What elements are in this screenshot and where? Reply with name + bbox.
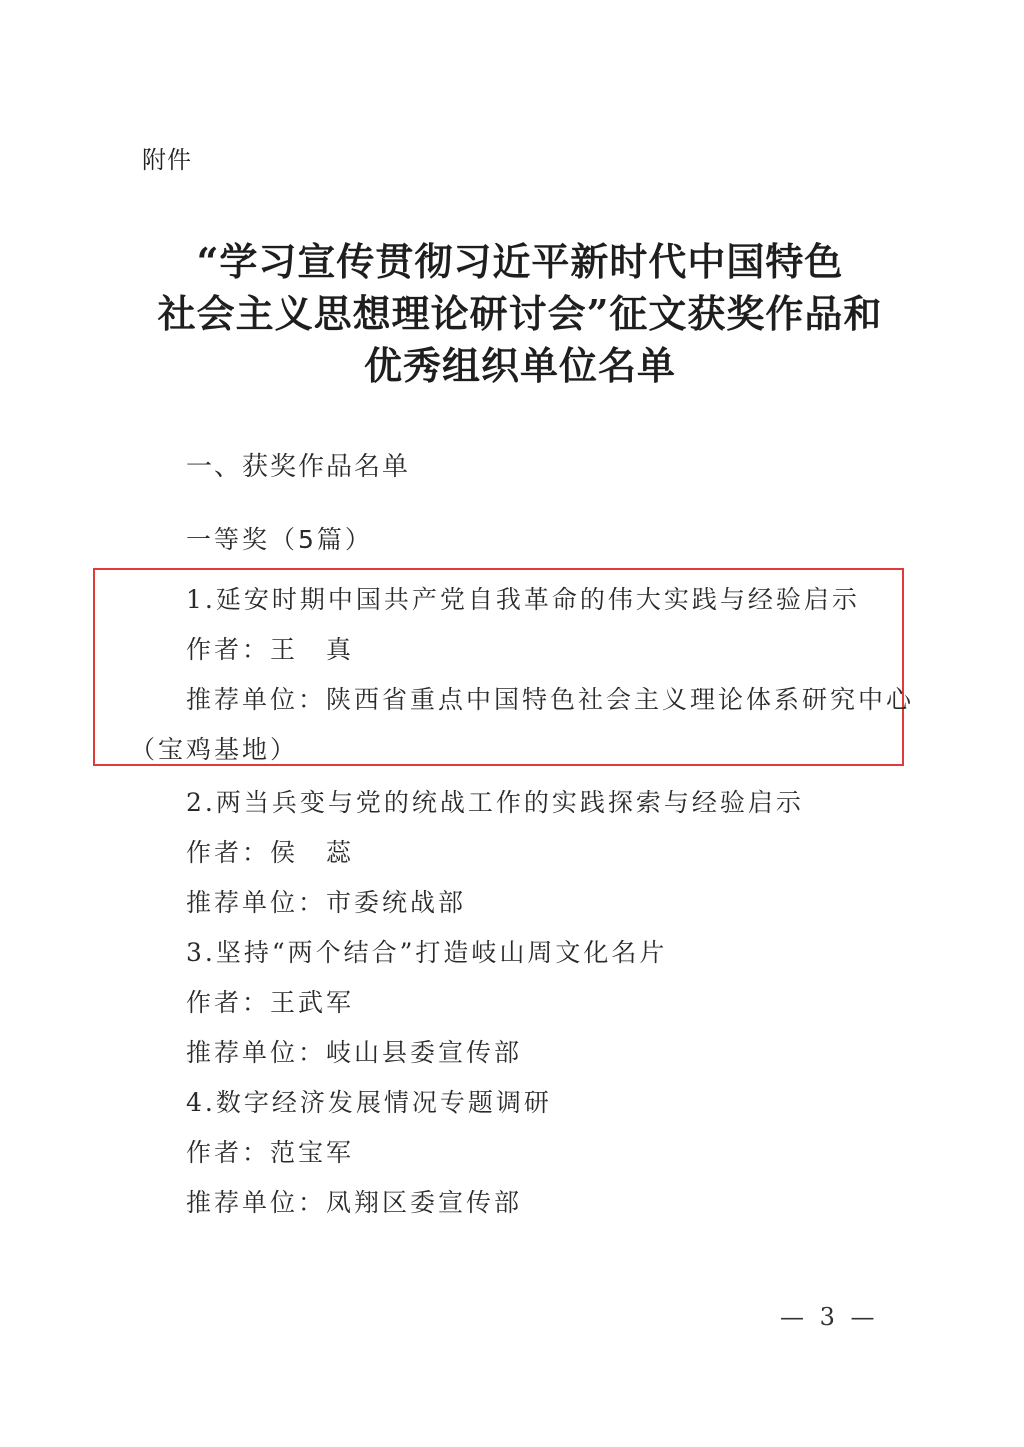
entry-3-unit: 推荐单位：岐山县委宣传部 (186, 1033, 522, 1069)
document-title: “学习宣传贯彻习近平新时代中国特色 社会主义思想理论研讨会”征文获奖作品和 优秀… (120, 236, 920, 392)
entry-1-unit-continued: （宝鸡基地） (130, 730, 298, 766)
title-line-3: 优秀组织单位名单 (120, 340, 920, 392)
entry-1-author: 作者：王 真 (186, 630, 354, 666)
document-page: 附件 “学习宣传贯彻习近平新时代中国特色 社会主义思想理论研讨会”征文获奖作品和… (0, 0, 1024, 1447)
page-number: — 3 — (780, 1303, 879, 1331)
entry-3-author: 作者：王武军 (186, 983, 354, 1019)
attachment-label: 附件 (142, 140, 192, 175)
title-line-2: 社会主义思想理论研讨会”征文获奖作品和 (120, 288, 920, 340)
entry-1-title: 1.延安时期中国共产党自我革命的伟大实践与经验启示 (186, 580, 860, 616)
section-heading: 一、获奖作品名单 (186, 446, 410, 483)
entry-3-title: 3.坚持“两个结合”打造岐山周文化名片 (186, 933, 667, 969)
entry-1-unit: 推荐单位：陕西省重点中国特色社会主义理论体系研究中心 (186, 680, 914, 716)
entry-2-unit: 推荐单位：市委统战部 (186, 883, 466, 919)
entry-4-title: 4.数字经济发展情况专题调研 (186, 1083, 552, 1119)
prize-level-heading: 一等奖（5篇） (186, 520, 373, 556)
entry-2-author: 作者：侯 蕊 (186, 833, 354, 869)
entry-4-author: 作者：范宝军 (186, 1133, 354, 1169)
entry-4-unit: 推荐单位：凤翔区委宣传部 (186, 1183, 522, 1219)
title-line-1: “学习宣传贯彻习近平新时代中国特色 (120, 236, 920, 288)
entry-2-title: 2.两当兵变与党的统战工作的实践探索与经验启示 (186, 783, 804, 819)
